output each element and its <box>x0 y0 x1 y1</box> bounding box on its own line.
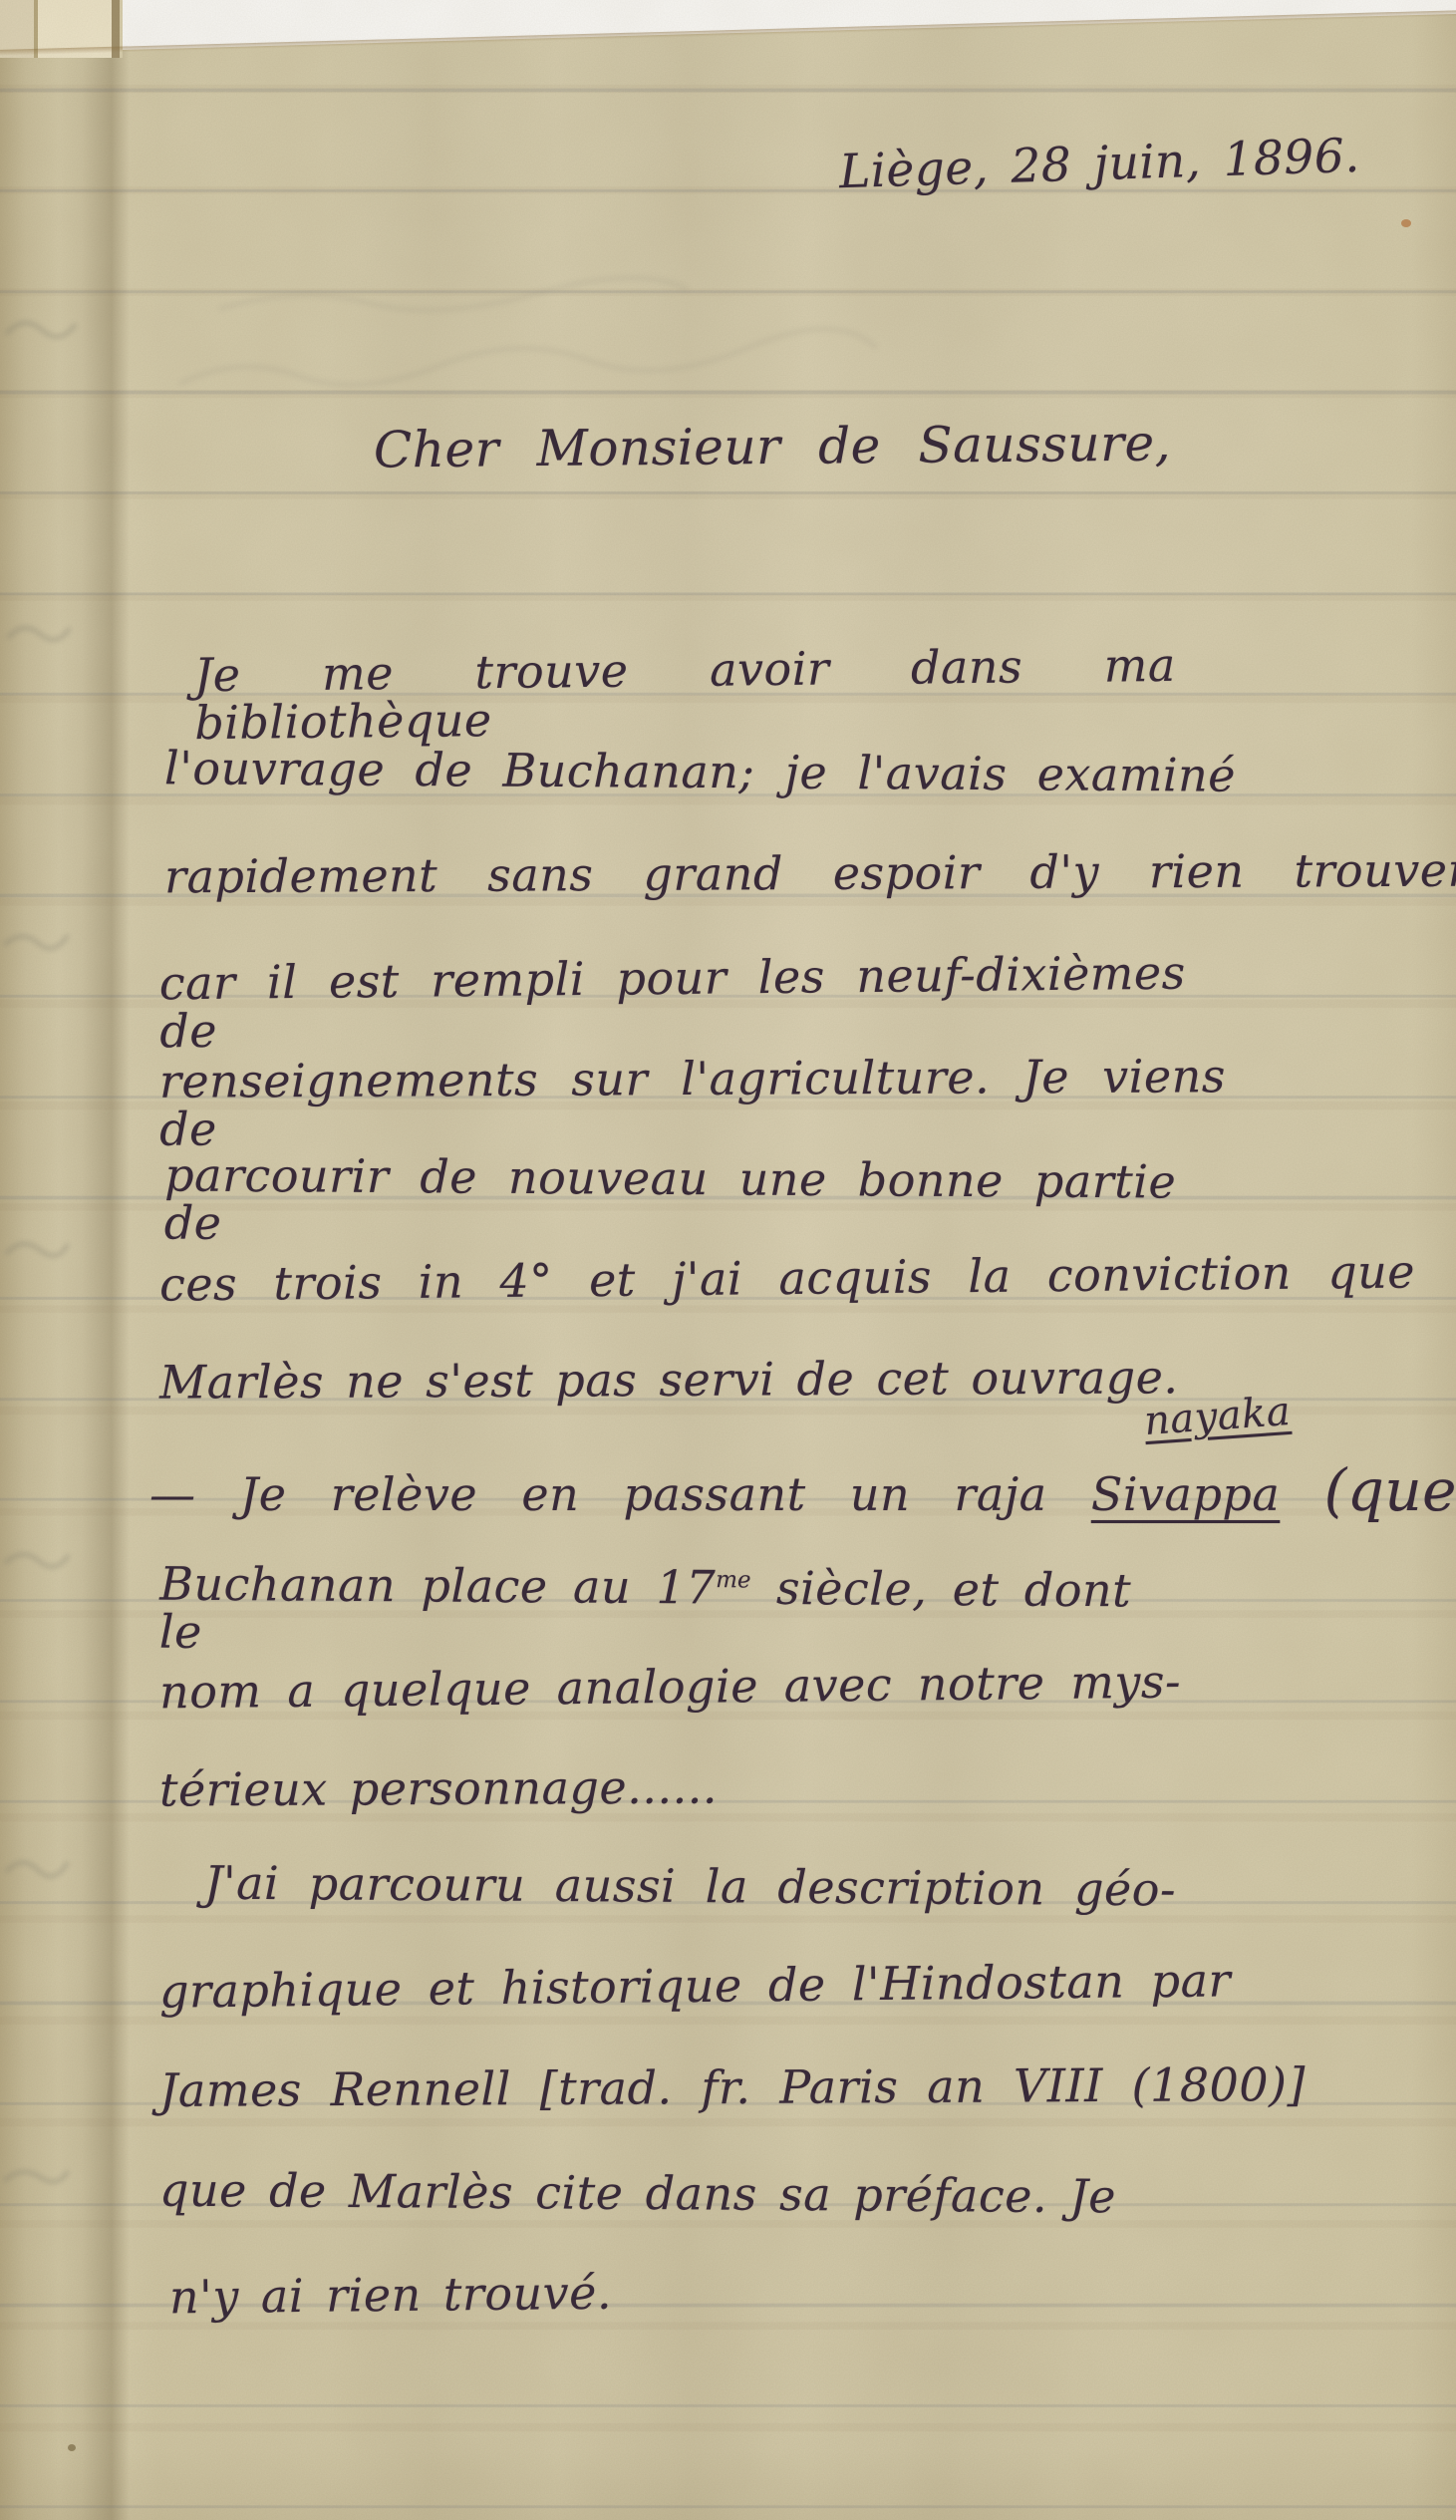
body-line-14: graphique et historique de l'Hindostan p… <box>159 1956 1231 2016</box>
body-line-8: Marlès ne s'est pas servi de cet ouvrage… <box>159 1353 1179 1407</box>
body-line-7: ces trois in 4° et j'ai acquis la convic… <box>159 1247 1415 1308</box>
body-line-5: renseignements sur l'agriculture. Je vie… <box>159 1052 1226 1153</box>
underlined-sivappa: Sivappa <box>1091 1467 1280 1521</box>
raja-line-after: (que <box>1324 1456 1456 1524</box>
raja-line-prefix: Je relève en passant un raja <box>240 1467 1047 1521</box>
interline-insert-nayaka: nayaka <box>1143 1391 1293 1442</box>
body-line-6: parcourir de nouveau une bonne partie de <box>164 1150 1177 1254</box>
body-line-2: l'ouvrage de Buchanan; je l'avais examin… <box>164 744 1236 799</box>
handwriting-layer: Liège, 28 juin, 1896. Cher Monsieur de S… <box>0 0 1456 2520</box>
body-line-17: n'y ai rien trouvé. <box>169 2269 612 2322</box>
siecle-prefix: Buchanan place au 17 <box>159 1557 716 1615</box>
body-line-16: que de Marlès cite dans sa préface. Je <box>159 2166 1116 2221</box>
body-line-10-siecle: Buchanan place au 17me siècle, et dont l… <box>159 1560 1132 1663</box>
leading-dash: — <box>149 1467 196 1521</box>
body-line-13: J'ai parcouru aussi la description géo- <box>204 1859 1176 1914</box>
salutation-line: Cher Monsieur de Saussure, <box>374 418 1171 476</box>
body-line-4: car il est rempli pour les neuf-dixièmes… <box>159 949 1187 1056</box>
body-line-11: nom a quelque analogie avec notre mys- <box>159 1658 1181 1717</box>
body-line-3: rapidement sans grand espoir d'y rien tr… <box>164 846 1456 901</box>
body-line-15: James Rennell [trad. fr. Paris an VIII (… <box>159 2060 1306 2114</box>
body-line-1: Je me trouve avoir dans ma bibliothèque <box>194 641 1177 748</box>
letter-scan-page: Liège, 28 juin, 1896. Cher Monsieur de S… <box>0 0 1456 2520</box>
body-line-9-raja: — Je relève en passant un raja Sivappa (… <box>149 1460 1456 1521</box>
siecle-superscript: me <box>716 1567 751 1593</box>
date-line: Liège, 28 juin, 1896. <box>838 132 1360 197</box>
body-line-12: térieux personnage...... <box>159 1763 718 1814</box>
